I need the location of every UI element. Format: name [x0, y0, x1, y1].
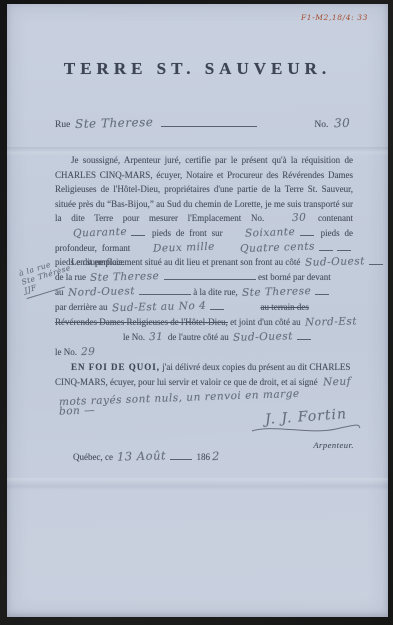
boundary-line-3: au Nord-Ouest à la dite rue, Ste Therese [55, 285, 360, 300]
boundary-line-2: de la rue Ste Therese est borné par deva… [55, 270, 360, 285]
boundary-text-7: le No. [55, 347, 77, 357]
para1-text-1: Je soussigné, Arpenteur juré, certifie p… [55, 155, 353, 223]
rear-boundary-handwritten: Sud-Est au No 4 [112, 299, 207, 316]
pen-dash [315, 288, 329, 295]
pen-dash [210, 303, 224, 310]
struck-text-2: Révérendes Dames Religieuses de l'Hôtel-… [55, 317, 228, 327]
pen-dash [297, 333, 311, 340]
boundary-line-4: par derrière au Sud-Est au No 4 au terra… [55, 300, 360, 315]
attestation-text-1: j'ai délivré deux copies du présent au d… [162, 362, 350, 372]
attestation-line-2: CINQ-MARS, écuyer, pour lui servir et va… [55, 375, 357, 390]
adjoining-lot-1-handwritten: 31 [149, 330, 164, 345]
depth-handwritten: Soixante [229, 225, 296, 242]
blank-rule [161, 119, 257, 127]
para1-text-2: contenant [318, 213, 353, 223]
boundary-line-6: le No. 31 de l'autre côté au Sud-Ouest [55, 330, 360, 345]
archival-reference: F1-M2,18/4: 33 [301, 13, 368, 22]
para1-text-3: pieds de front sur [152, 228, 223, 238]
boundary-line-5: Révérendes Dames Religieuses de l'Hôtel-… [55, 315, 360, 330]
boundary-text-3a: au [55, 287, 64, 297]
attestation-line-1: EN FOI DE QUOI, j'ai délivré deux copies… [55, 360, 357, 375]
paper-crease [7, 478, 388, 490]
front-side-handwritten: Sud-Ouest [304, 254, 364, 271]
word-count-handwritten: Neuf [323, 375, 351, 391]
boundary-text-1: Le dit emplacement situé au dit lieu et … [71, 257, 300, 267]
adjoining-side-2-handwritten: Sud-Ouest [233, 329, 293, 346]
photo-background: F1-M2,18/4: 33 TERRE ST. SAUVEUR. Rue St… [0, 0, 393, 625]
pen-dash [337, 243, 351, 250]
boundary-text-4: par derrière au [55, 302, 107, 312]
frontage-handwritten: Quarante [57, 225, 128, 242]
struck-text-1: au terrain des [260, 302, 308, 312]
signature-block: J. J. Fortin [250, 408, 362, 435]
boundaries-paragraph: Le dit emplacement situé au dit lieu et … [55, 255, 360, 360]
attestation-text-2: CINQ-MARS, écuyer, pour lui servir et va… [55, 377, 318, 387]
street-name-handwritten: Ste Therese [75, 115, 154, 131]
document-title: TERRE ST. SAUVEUR. [7, 59, 388, 79]
en-foi-de-quoi: EN FOI DE QUOI, [71, 362, 160, 372]
signature-name: J. J. Fortin [265, 406, 348, 428]
pen-dash [131, 229, 145, 236]
clause-line-2: bon — [59, 404, 96, 418]
blank-rule [139, 288, 191, 295]
pen-dash [369, 258, 383, 265]
boundary-line-1: Le dit emplacement situé au dit lieu et … [55, 255, 360, 270]
boundary-text-2b: est borné par devant [258, 272, 331, 282]
area-handwritten-1: Deux mille [137, 239, 215, 256]
lot-number-group: No. 30 [314, 116, 350, 130]
boundary-text-6a: le No. [123, 332, 145, 342]
boundary-text-6b: de l'autre côté au [168, 332, 229, 342]
street-handwritten-3: Ste Therese [242, 284, 312, 301]
pen-dash [300, 229, 314, 236]
signature-role: Arpenteur. [313, 440, 354, 450]
pen-dash [319, 243, 333, 250]
margin-note-initials: JJF [23, 283, 38, 295]
document-paper: F1-M2,18/4: 33 TERRE ST. SAUVEUR. Rue St… [7, 4, 388, 617]
blank-rule [164, 273, 256, 280]
number-label: No. [314, 120, 328, 130]
boundary-text-5: et joint d'un côté au [230, 317, 301, 327]
street-label: Rue [55, 120, 70, 130]
lot-number-handwritten: 30 [334, 116, 351, 130]
boundary-line-7: le No. 29 [55, 345, 360, 360]
attestation-paragraph: EN FOI DE QUOI, j'ai délivré deux copies… [55, 360, 357, 390]
pen-dash [170, 453, 192, 460]
street-line: Rue Ste Therese No. 30 [55, 116, 350, 130]
year-printed: 186 [197, 452, 211, 462]
year-digit-handwritten: 2 [212, 449, 220, 463]
boundary-text-3b: à la dite rue, [193, 287, 237, 297]
adjoining-lot-2-handwritten: 29 [81, 345, 96, 360]
date-place-label: Québec, ce [73, 452, 113, 462]
certification-paragraph: Je soussigné, Arpenteur juré, certifie p… [55, 153, 353, 270]
adjoining-side-1-handwritten: Nord-Est [305, 314, 357, 330]
bounded-front-handwritten: Nord-Ouest [68, 284, 135, 301]
boundary-text-2a: de la rue [55, 272, 86, 282]
date-line: Québec, ce 13 Août 1862 [73, 449, 222, 463]
date-handwritten: 13 Août [117, 448, 166, 463]
